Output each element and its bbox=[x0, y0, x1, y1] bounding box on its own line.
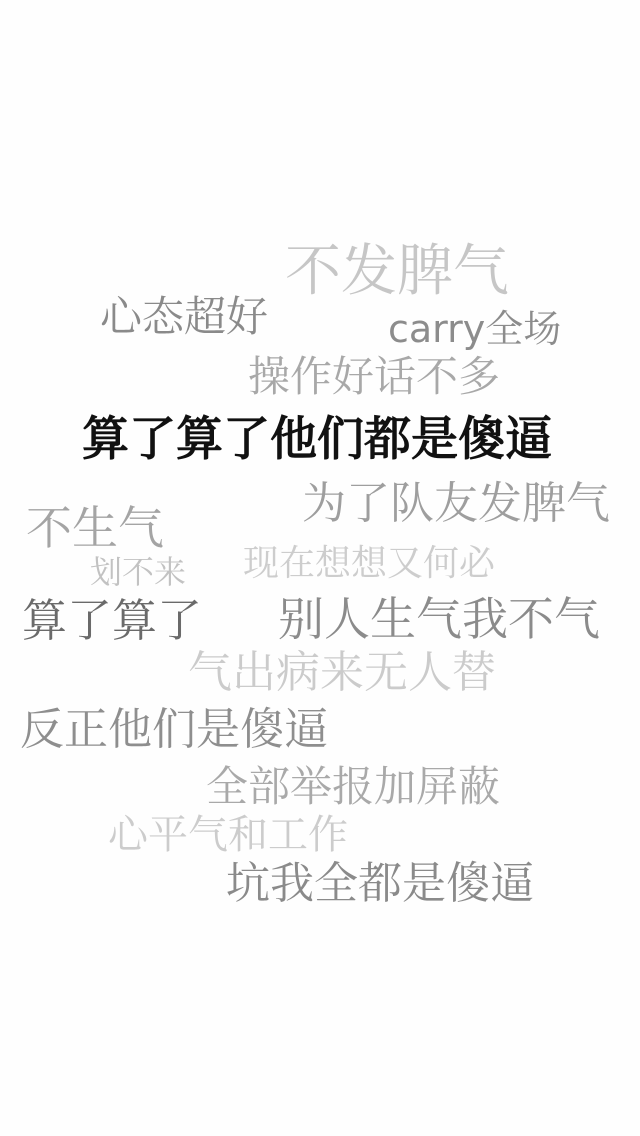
phrase-anyway-they-are: 反正他们是傻逼 bbox=[20, 708, 328, 752]
phrase-good-play-few-words: 操作好话不多 bbox=[248, 356, 500, 398]
phrase-others-angry: 别人生气我不气 bbox=[278, 596, 600, 642]
phrase-dont-lose-temper: 不发脾气 bbox=[285, 244, 509, 300]
phrase-those-who-troll-me: 坑我全都是傻逼 bbox=[226, 862, 534, 906]
phrase-headline: 算了算了他们都是傻逼 bbox=[82, 416, 552, 463]
phrase-not-angry: 不生气 bbox=[26, 505, 164, 551]
phrase-why-bother: 现在想想又何必 bbox=[243, 546, 495, 582]
phrase-great-mindset: 心态超好 bbox=[100, 296, 268, 338]
phrase-forget-it: 算了算了 bbox=[22, 598, 202, 643]
phrase-not-worth-it: 划不来 bbox=[90, 556, 186, 588]
phrase-angry-for-teammates: 为了队友发脾气 bbox=[302, 482, 610, 526]
wallpaper-canvas: 不发脾气 心态超好 carry全场 操作好话不多 算了算了他们都是傻逼 为了队友… bbox=[0, 0, 640, 1136]
phrase-get-sick: 气出病来无人替 bbox=[188, 651, 496, 695]
phrase-carry-the-game: carry全场 bbox=[388, 310, 561, 348]
phrase-report-and-block: 全部举报加屏蔽 bbox=[206, 766, 500, 808]
phrase-work-calmly: 心平气和工作 bbox=[108, 815, 348, 855]
